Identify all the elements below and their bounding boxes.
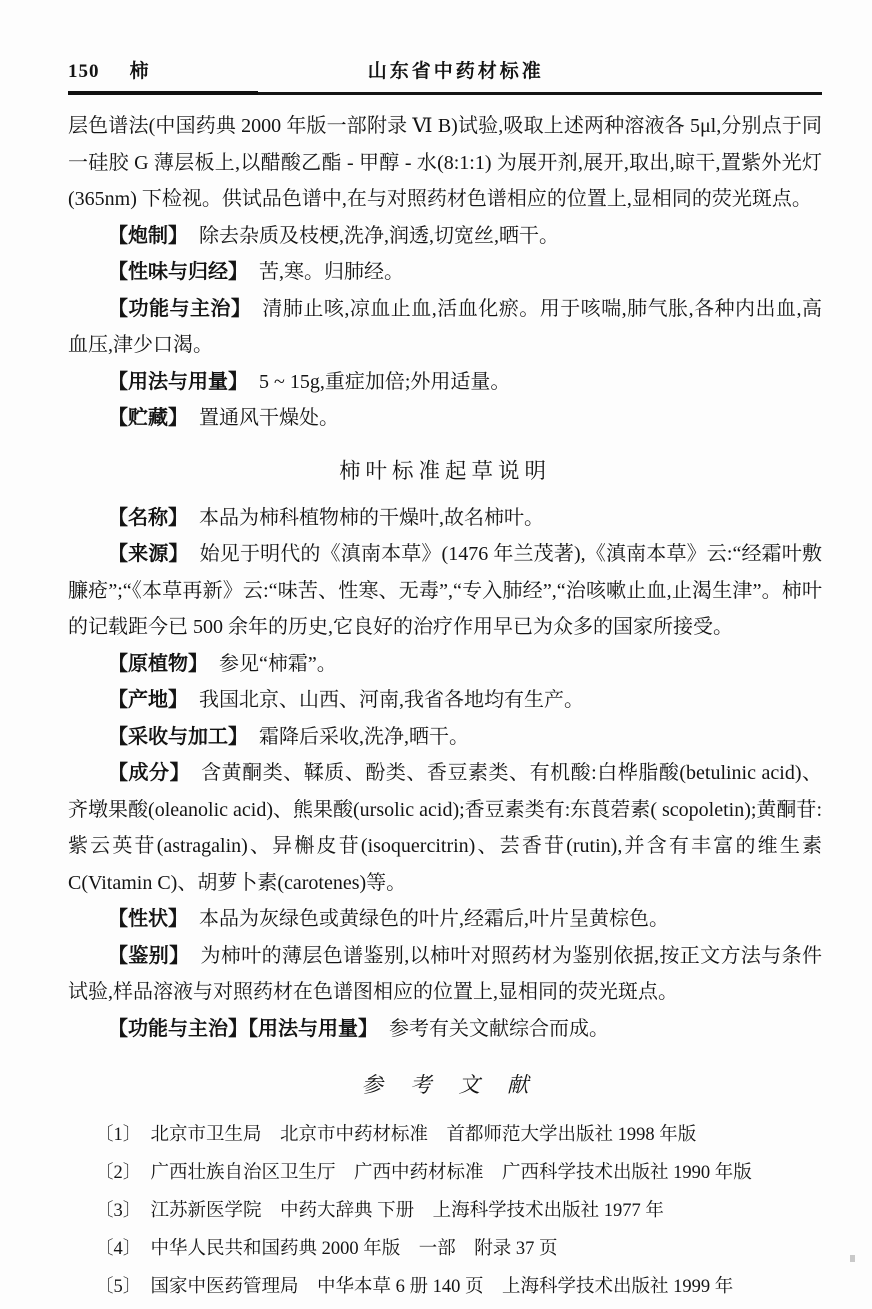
paragraph: 层色谱法(中国药典 2000 年版一部附录 Ⅵ B)试验,吸取上述两种溶液各 5… <box>68 108 822 218</box>
section-label: 【功能与主治】 <box>108 298 251 320</box>
scan-artifact <box>850 1255 855 1262</box>
section-label: 【名称】 <box>108 507 188 529</box>
paragraph-text: 5 ~ 15g,重症加倍;外用适量。 <box>259 371 510 393</box>
section-label: 【成分】 <box>108 762 190 784</box>
running-head-left: 150 柿 <box>68 56 150 83</box>
section-label: 【原植物】 <box>108 653 208 675</box>
paragraph: 【贮藏】置通风干燥处。 <box>68 400 822 437</box>
reference-item: 〔2〕 广西壮族自治区卫生厅 广西中药材标准 广西科学技术出版社 1990 年版 <box>95 1154 822 1192</box>
reference-item: 〔4〕 中华人民共和国药典 2000 年版 一部 附录 37 页 <box>95 1230 822 1268</box>
section-label: 【性味与归经】 <box>108 261 248 283</box>
drug-name: 柿 <box>130 56 150 83</box>
standard-title: 山东省中药材标准 <box>150 56 822 83</box>
section-label: 【功能与主治】【用法与用量】 <box>108 1018 378 1040</box>
section-label: 【性状】 <box>108 908 188 930</box>
draft-note-body: 【名称】本品为柿科植物柿的干燥叶,故名柿叶。 【来源】始见于明代的《滇南本草》(… <box>68 500 822 1048</box>
paragraph-text: 我国北京、山西、河南,我省各地均有生产。 <box>199 689 584 711</box>
paragraph: 【用法与用量】5 ~ 15g,重症加倍;外用适量。 <box>68 364 822 401</box>
paragraph: 【产地】我国北京、山西、河南,我省各地均有生产。 <box>68 682 822 719</box>
paragraph: 【功能与主治】【用法与用量】参考有关文献综合而成。 <box>68 1011 822 1048</box>
paragraph-text: 参见“柿霜”。 <box>219 653 337 675</box>
paragraph-text: 置通风干燥处。 <box>199 407 339 429</box>
scanned-document-page: 150 柿 山东省中药材标准 层色谱法(中国药典 2000 年版一部附录 Ⅵ B… <box>0 0 872 1309</box>
paragraph: 【性状】本品为灰绿色或黄绿色的叶片,经霜后,叶片呈黄棕色。 <box>68 901 822 938</box>
section-label: 【用法与用量】 <box>108 371 248 393</box>
draft-note-heading: 柿叶标准起草说明 <box>68 454 822 485</box>
paragraph: 【采收与加工】霜降后采收,洗净,晒干。 <box>68 719 822 756</box>
header-rule <box>68 92 822 95</box>
paragraph: 【性味与归经】苦,寒。归肺经。 <box>68 254 822 291</box>
section-label: 【炮制】 <box>108 225 188 247</box>
reference-item: 〔3〕 江苏新医学院 中药大辞典 下册 上海科学技术出版社 1977 年 <box>95 1192 822 1230</box>
paragraph: 【名称】本品为柿科植物柿的干燥叶,故名柿叶。 <box>68 500 822 537</box>
paragraph-text: 层色谱法(中国药典 2000 年版一部附录 Ⅵ B)试验,吸取上述两种溶液各 5… <box>68 115 822 210</box>
section-label: 【采收与加工】 <box>108 726 248 748</box>
monograph-body: 层色谱法(中国药典 2000 年版一部附录 Ⅵ B)试验,吸取上述两种溶液各 5… <box>68 108 822 437</box>
paragraph: 【来源】始见于明代的《滇南本草》(1476 年兰茂著),《滇南本草》云:“经霜叶… <box>68 536 822 646</box>
running-head: 150 柿 山东省中药材标准 <box>68 56 822 83</box>
paragraph: 【成分】含黄酮类、鞣质、酚类、香豆素类、有机酸:白桦脂酸(betulinic a… <box>68 755 822 901</box>
paragraph-text: 霜降后采收,洗净,晒干。 <box>259 726 469 748</box>
section-label: 【鉴别】 <box>108 945 190 967</box>
section-label: 【产地】 <box>108 689 188 711</box>
paragraph-text: 本品为柿科植物柿的干燥叶,故名柿叶。 <box>199 507 544 529</box>
section-label: 【贮藏】 <box>108 407 188 429</box>
page-number: 150 <box>68 61 100 83</box>
reference-item: 〔1〕 北京市卫生局 北京市中药材标准 首都师范大学出版社 1998 年版 <box>95 1116 822 1154</box>
page-content: 150 柿 山东省中药材标准 层色谱法(中国药典 2000 年版一部附录 Ⅵ B… <box>0 0 872 1306</box>
paragraph: 【原植物】参见“柿霜”。 <box>68 646 822 683</box>
references-heading: 参考文献 <box>68 1068 822 1099</box>
paragraph: 【炮制】除去杂质及枝梗,洗净,润透,切宽丝,晒干。 <box>68 218 822 255</box>
paragraph-text: 参考有关文献综合而成。 <box>389 1018 609 1040</box>
reference-list: 〔1〕 北京市卫生局 北京市中药材标准 首都师范大学出版社 1998 年版 〔2… <box>95 1116 822 1306</box>
paragraph-text: 本品为灰绿色或黄绿色的叶片,经霜后,叶片呈黄棕色。 <box>199 908 669 930</box>
reference-item: 〔5〕 国家中医药管理局 中华本草 6 册 140 页 上海科学技术出版社 19… <box>95 1268 822 1306</box>
paragraph: 【功能与主治】清肺止咳,凉血止血,活血化瘀。用于咳喘,肺气胀,各种内出血,高血压… <box>68 291 822 364</box>
paragraph: 【鉴别】为柿叶的薄层色谱鉴别,以柿叶对照药材为鉴别依据,按正文方法与条件试验,样… <box>68 938 822 1011</box>
section-label: 【来源】 <box>108 543 189 565</box>
paragraph-text: 除去杂质及枝梗,洗净,润透,切宽丝,晒干。 <box>199 225 559 247</box>
paragraph-text: 苦,寒。归肺经。 <box>259 261 404 283</box>
